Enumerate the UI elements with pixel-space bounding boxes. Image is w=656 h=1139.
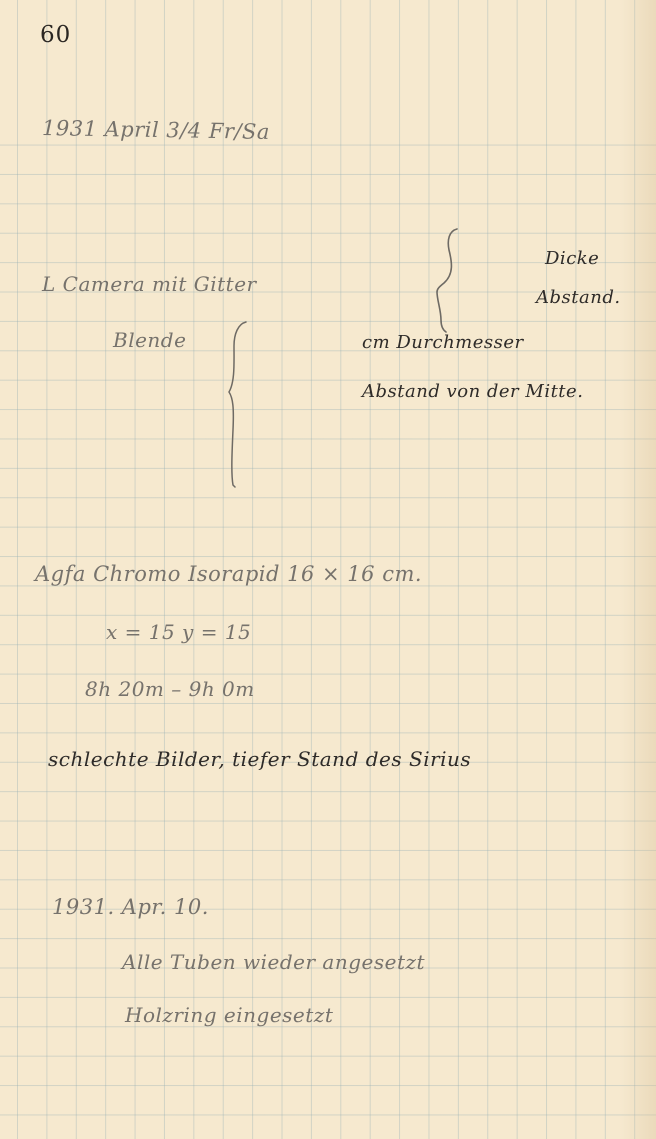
entry2-plate-line: Agfa Chromo Isorapid 16 × 16 cm. xyxy=(35,562,422,586)
entry2-time-range: 8h 20m – 9h 0m xyxy=(85,677,255,701)
entry3-line2: Holzring eingesetzt xyxy=(125,1003,333,1027)
entry2-coordinates: x = 15 y = 15 xyxy=(106,620,251,644)
notebook-page: 60 1931 April 3/4 Fr/Sa L Camera mit Git… xyxy=(0,0,656,1139)
entry3-date: 1931. Apr. 10. xyxy=(52,895,209,919)
entry2-result: schlechte Bilder, tiefer Stand des Siriu… xyxy=(48,747,471,771)
entry3-line1: Alle Tuben wieder angesetzt xyxy=(122,950,425,974)
